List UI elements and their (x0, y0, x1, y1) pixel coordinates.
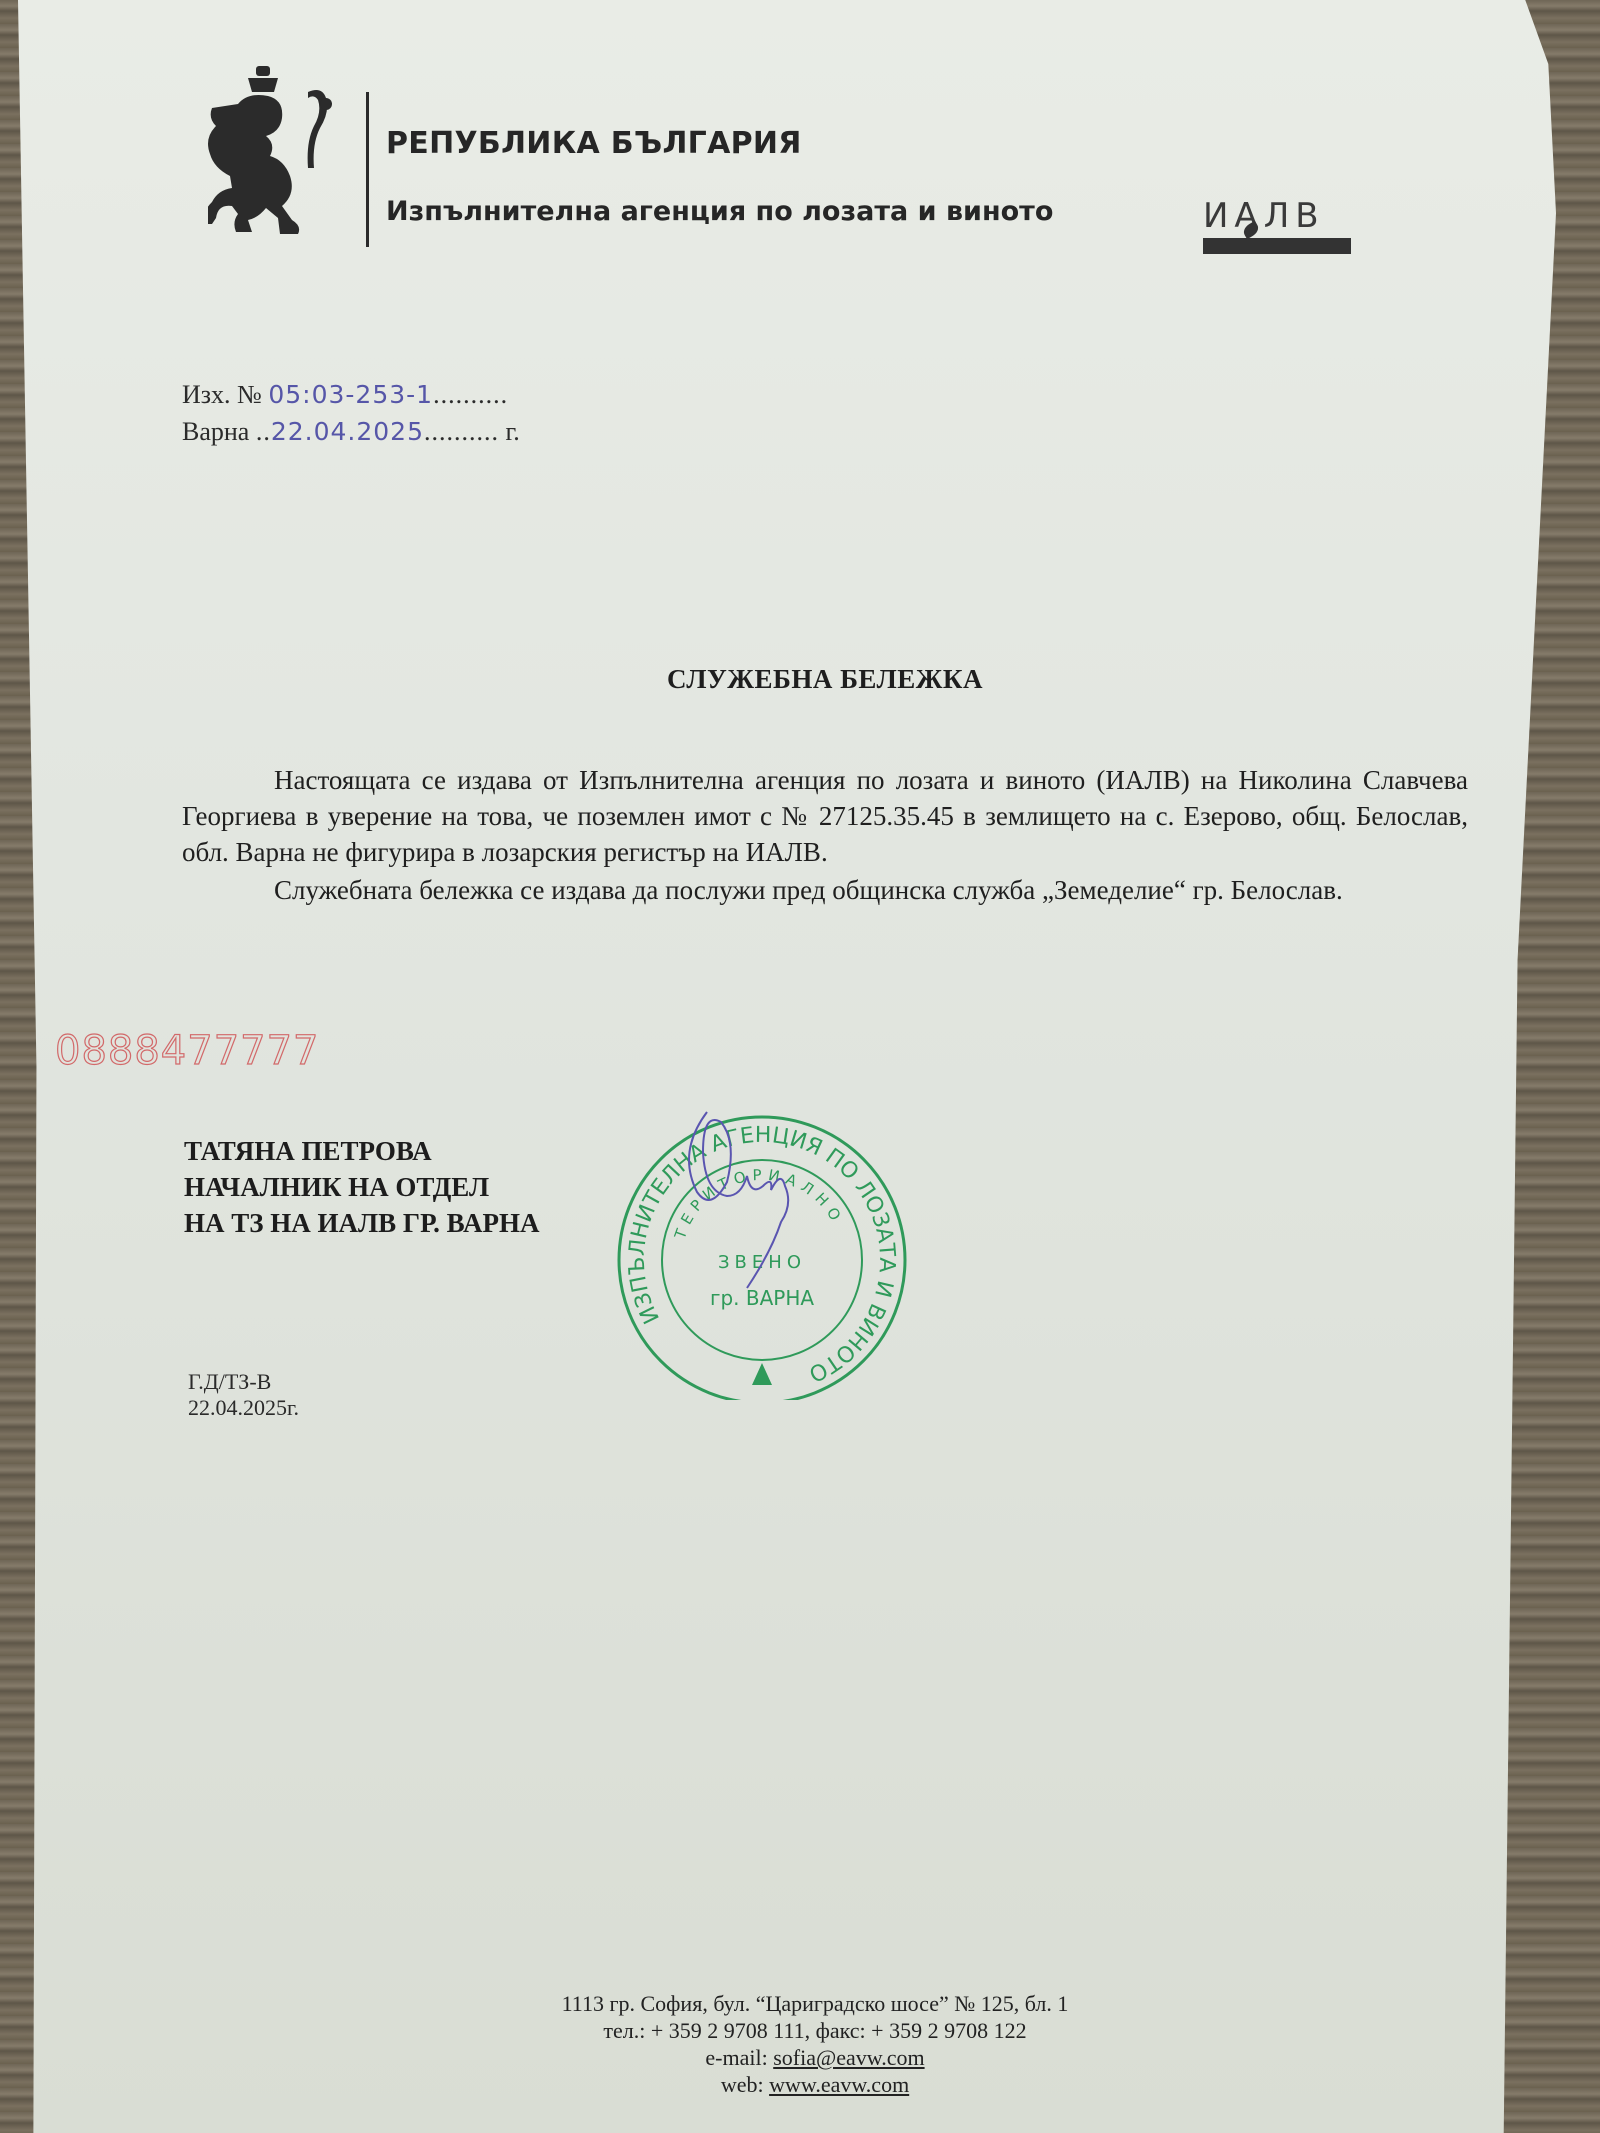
signatory-position: НАЧАЛНИК НА ОТДЕЛ (184, 1169, 539, 1205)
phone-watermark: 0888477777 (55, 1028, 320, 1074)
agency-logo: ИАЛВ (1203, 196, 1353, 258)
outgoing-number-line: Изх. № 05:03-253-1.......... (182, 380, 508, 410)
year-suffix: г. (505, 417, 519, 446)
signatory-name: ТАТЯНА ПЕТРОВА (184, 1133, 539, 1169)
official-stamp: ИЗПЪЛНИТЕЛНА АГЕНЦИЯ ПО ЛОЗАТА И ВИНОТО … (612, 1100, 912, 1400)
footer-address: 1113 гр. София, бул. “Цариградско шосе” … (0, 1990, 1600, 2017)
issue-date: 22.04.2025 (271, 417, 424, 446)
agency-name: Изпълнителна агенция по лозата и виното (386, 196, 1053, 227)
city-label: Варна (182, 417, 249, 446)
city-date-line: Варна ..22.04.2025.......... г. (182, 417, 520, 447)
footer-web-line: web: www.eavw.com (0, 2071, 1600, 2098)
email-label: e-mail: (705, 2045, 767, 2070)
document-date: 22.04.2025г. (188, 1395, 299, 1421)
agency-logo-text: ИАЛВ (1203, 196, 1325, 236)
body-paragraph: Служебната бележка се издава да послужи … (182, 872, 1468, 908)
stamp-center-line2: гр. ВАРНА (710, 1286, 814, 1310)
email-link[interactable]: sofia@eavw.com (773, 2045, 924, 2070)
stamp-inner-text: ТЕРИТОРИАЛНО (671, 1166, 848, 1242)
outgoing-number: 05:03-253-1 (268, 380, 433, 409)
footer-phones: тел.: + 359 2 9708 111, факс: + 359 2 97… (0, 2017, 1600, 2044)
body-paragraph: Настоящата се издава от Изпълнителна аге… (182, 762, 1468, 870)
svg-text:ТЕРИТОРИАЛНО: ТЕРИТОРИАЛНО (671, 1166, 848, 1242)
department-code: Г.Д/ТЗ-В (188, 1369, 299, 1395)
date-prefix-dots: .. (256, 417, 271, 446)
outgoing-label: Изх. № (182, 380, 262, 409)
footer-email-line: e-mail: sofia@eavw.com (0, 2044, 1600, 2071)
web-link[interactable]: www.eavw.com (769, 2072, 909, 2097)
signatory-unit: НА ТЗ НА ИАЛВ ГР. ВАРНА (184, 1205, 539, 1241)
country-name: РЕПУБЛИКА БЪЛГАРИЯ (386, 126, 802, 161)
web-label: web: (721, 2072, 764, 2097)
letterhead-footer: 1113 гр. София, бул. “Цариградско шосе” … (0, 1990, 1600, 2098)
document-title: СЛУЖЕБНА БЕЛЕЖКА (0, 664, 1600, 695)
header-divider (366, 92, 369, 247)
document-meta: Г.Д/ТЗ-В 22.04.2025г. (188, 1369, 299, 1421)
logo-bar (1203, 238, 1351, 254)
lion-coat-of-arms-icon (208, 64, 348, 254)
outgoing-dots: .......... (433, 380, 508, 409)
document-body: Настоящата се издава от Изпълнителна аге… (182, 762, 1468, 908)
signatory-block: ТАТЯНА ПЕТРОВА НАЧАЛНИК НА ОТДЕЛ НА ТЗ Н… (184, 1133, 539, 1241)
date-suffix-dots: .......... (424, 417, 499, 446)
